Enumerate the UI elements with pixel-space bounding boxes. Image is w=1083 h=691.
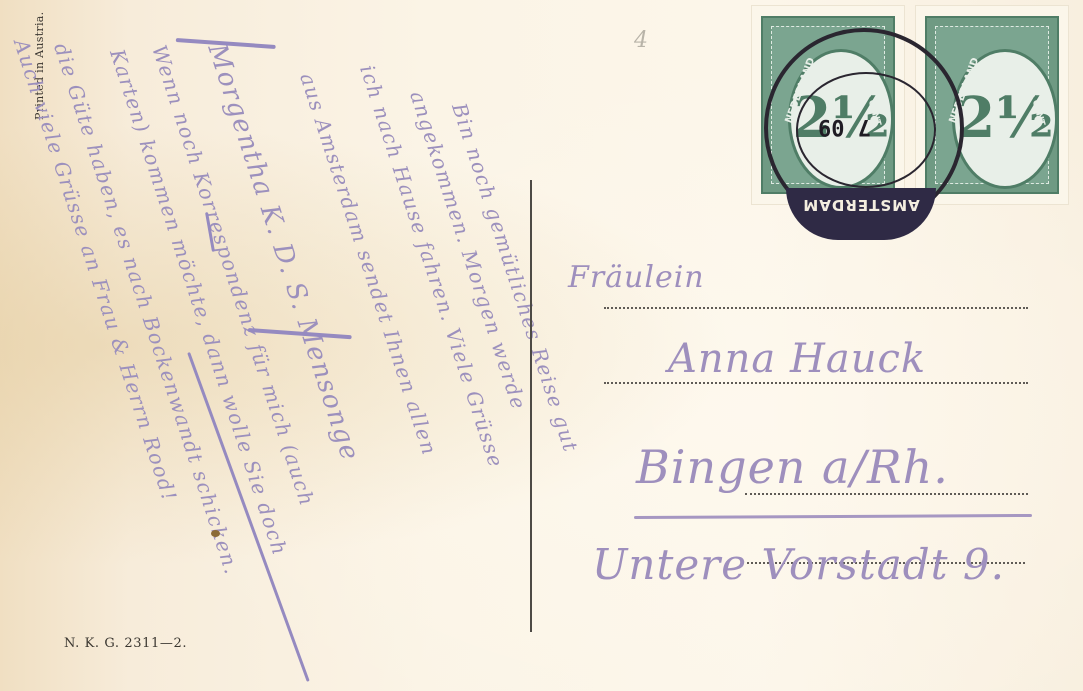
address-salutation: Fräulein: [568, 260, 705, 295]
postmark-city-band: AMSTERDAM: [786, 188, 936, 240]
city-underline-stroke: [634, 514, 1032, 519]
address-line-2: [604, 382, 1028, 384]
ink-stain: [211, 530, 220, 537]
center-divider: [530, 180, 532, 632]
postmark-date: 7 09: [818, 114, 871, 139]
address-name: Anna Hauck: [668, 336, 926, 382]
address-line-1: [604, 307, 1028, 309]
address-street: Untere Vorstadt 9.: [592, 540, 1005, 589]
postmark-city: AMSTERDAM: [786, 196, 936, 214]
postcard: Printed in Austria. N. K. G. 2311—2. 4 B…: [0, 0, 1083, 691]
message-line: Auch viele Grüsse an Frau & Herrn Rood!: [9, 36, 182, 505]
publisher-code: N. K. G. 2311—2.: [64, 636, 187, 651]
address-city: Bingen a/Rh.: [636, 440, 949, 494]
pencil-mark: 4: [634, 28, 648, 53]
